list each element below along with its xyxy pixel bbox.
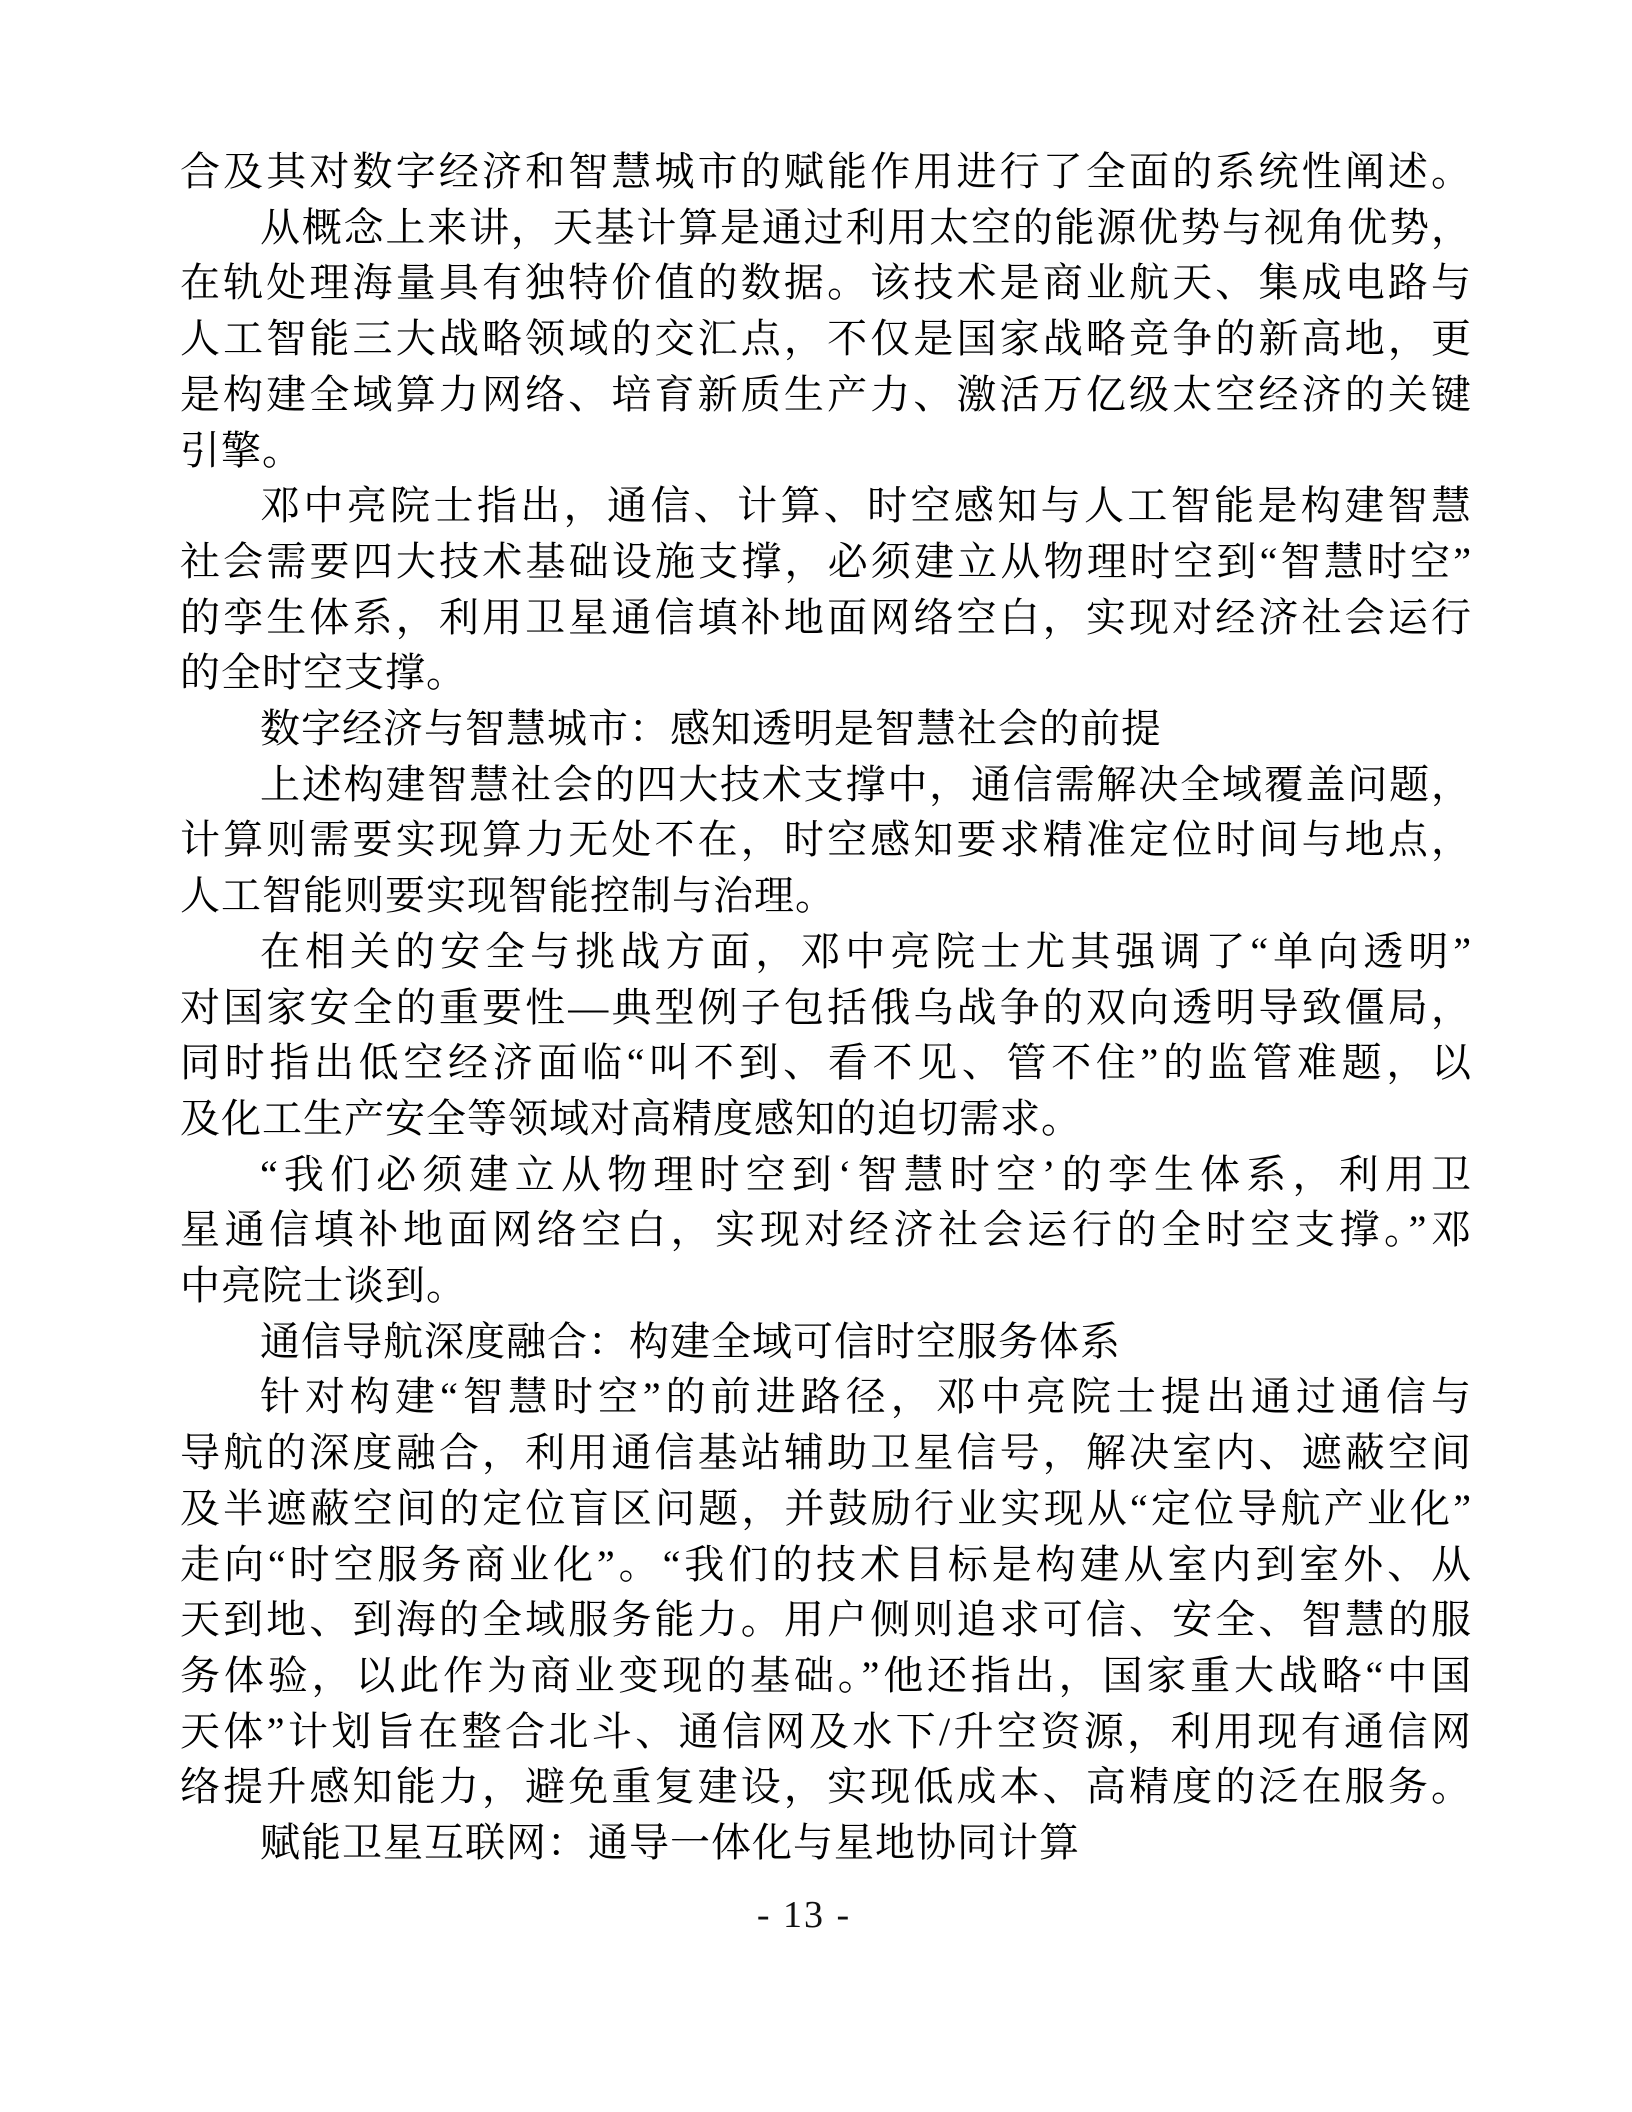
- text-line: 天到地、到海的全域服务能力。用户侧则追求可信、安全、智慧的服: [180, 1592, 1472, 1648]
- text-line: 的孪生体系，利用卫星通信填补地面网络空白，实现对经济社会运行: [180, 590, 1472, 646]
- text-line: 中亮院士谈到。: [180, 1258, 1472, 1314]
- page-footer: - 13 -: [0, 1893, 1608, 1937]
- text-line: 同时指出低空经济面临“叫不到、看不见、管不住”的监管难题，以: [180, 1035, 1472, 1091]
- text-line: 社会需要四大技术基础设施支撑，必须建立从物理时空到“智慧时空”: [180, 534, 1472, 590]
- section-heading-line: 赋能卫星互联网：通导一体化与星地协同计算: [180, 1815, 1472, 1871]
- text-line: 上述构建智慧社会的四大技术支撑中，通信需解决全域覆盖问题，: [180, 757, 1472, 813]
- text-line: 引擎。: [180, 423, 1472, 479]
- text-line: 在相关的安全与挑战方面，邓中亮院士尤其强调了“单向透明”: [180, 924, 1472, 980]
- text-line: 合及其对数字经济和智慧城市的赋能作用进行了全面的系统性阐述。: [180, 144, 1472, 200]
- text-line: 及化工生产安全等领域对高精度感知的迫切需求。: [180, 1091, 1472, 1147]
- text-line: 人工智能则要实现智能控制与治理。: [180, 868, 1472, 924]
- section-heading-line: 通信导航深度融合：构建全域可信时空服务体系: [180, 1314, 1472, 1370]
- text-line: 计算则需要实现算力无处不在，时空感知要求精准定位时间与地点，: [180, 812, 1472, 868]
- text-line: 务体验，以此作为商业变现的基础。”他还指出，国家重大战略“中国: [180, 1648, 1472, 1704]
- text-line: 针对构建“智慧时空”的前进路径，邓中亮院士提出通过通信与: [180, 1369, 1472, 1425]
- text-line: 的全时空支撑。: [180, 645, 1472, 701]
- text-line: 星通信填补地面网络空白，实现对经济社会运行的全时空支撑。”邓: [180, 1202, 1472, 1258]
- text-line: 对国家安全的重要性—典型例子包括俄乌战争的双向透明导致僵局，: [180, 980, 1472, 1036]
- section-heading-line: 数字经济与智慧城市：感知透明是智慧社会的前提: [180, 701, 1472, 757]
- document-page: 合及其对数字经济和智慧城市的赋能作用进行了全面的系统性阐述。从概念上来讲，天基计…: [0, 0, 1632, 2112]
- text-line: 络提升感知能力，避免重复建设，实现低成本、高精度的泛在服务。: [180, 1759, 1472, 1815]
- text-line: 及半遮蔽空间的定位盲区问题，并鼓励行业实现从“定位导航产业化”: [180, 1481, 1472, 1537]
- text-line: 天体”计划旨在整合北斗、通信网及水下/升空资源，利用现有通信网: [180, 1704, 1472, 1760]
- text-line: 邓中亮院士指出，通信、计算、时空感知与人工智能是构建智慧: [180, 478, 1472, 534]
- text-line: 人工智能三大战略领域的交汇点，不仅是国家战略竞争的新高地，更: [180, 311, 1472, 367]
- text-line: 从概念上来讲，天基计算是通过利用太空的能源优势与视角优势，: [180, 200, 1472, 256]
- text-line: “我们必须建立从物理时空到‘智慧时空’的孪生体系，利用卫: [180, 1147, 1472, 1203]
- text-line: 导航的深度融合，利用通信基站辅助卫星信号，解决室内、遮蔽空间: [180, 1425, 1472, 1481]
- text-line: 是构建全域算力网络、培育新质生产力、激活万亿级太空经济的关键: [180, 367, 1472, 423]
- page-number: - 13 -: [757, 1894, 851, 1936]
- text-line: 走向“时空服务商业化”。“我们的技术目标是构建从室内到室外、从: [180, 1537, 1472, 1593]
- document-body: 合及其对数字经济和智慧城市的赋能作用进行了全面的系统性阐述。从概念上来讲，天基计…: [180, 144, 1472, 1871]
- text-line: 在轨处理海量具有独特价值的数据。该技术是商业航天、集成电路与: [180, 255, 1472, 311]
